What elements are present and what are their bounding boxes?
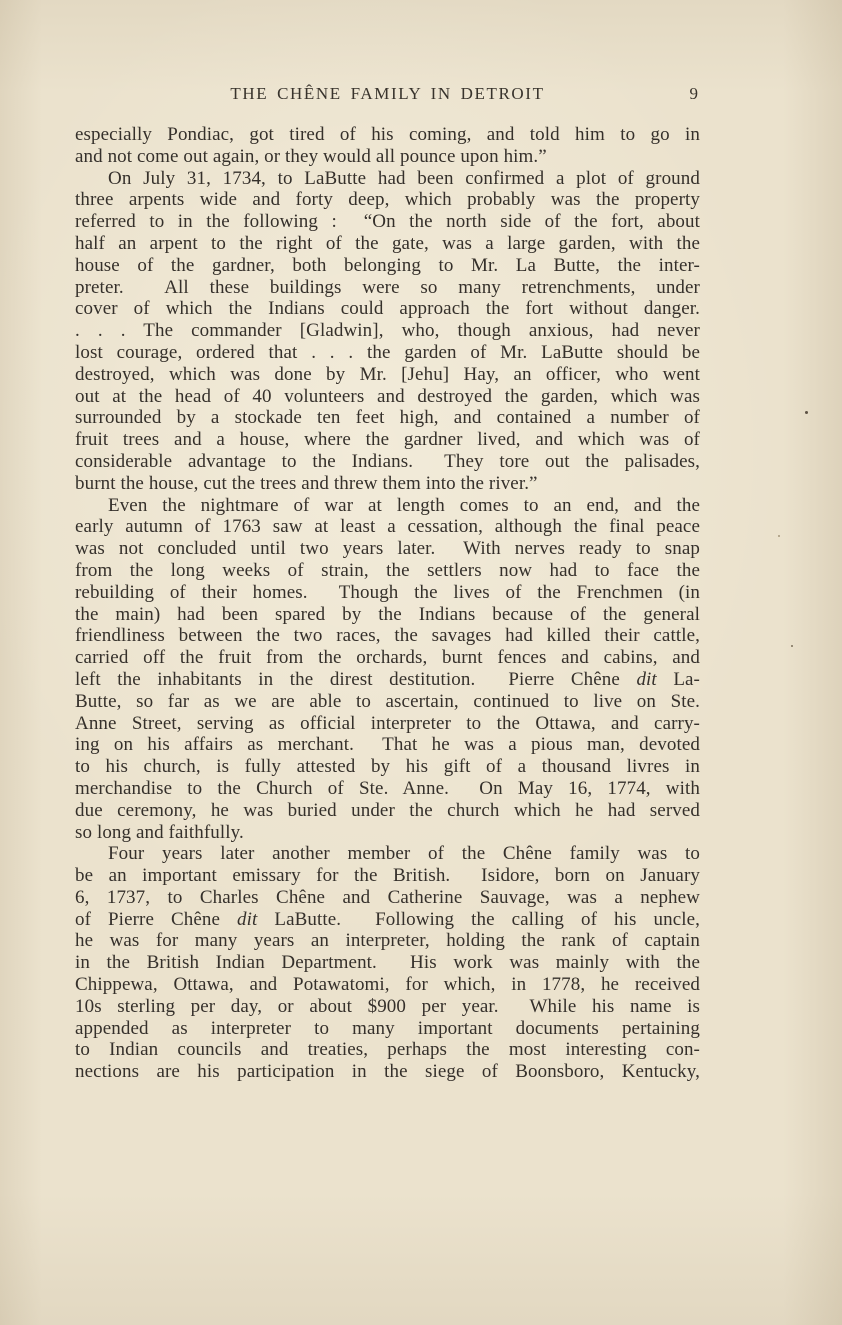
paragraph: On July 31, 1734, to LaButte had been co… <box>75 168 700 495</box>
paper-speck <box>778 535 780 537</box>
text-line: house of the gardner, both belonging to … <box>75 255 700 277</box>
text-line: destroyed, which was done by Mr. [Jehu] … <box>75 364 700 386</box>
text-line: . . . The commander [Gladwin], who, thou… <box>75 320 700 342</box>
running-header: THE CHÊNE FAMILY IN DETROIT 9 <box>75 84 700 106</box>
text-line: Chippewa, Ottawa, and Potawatomi, for wh… <box>75 974 700 996</box>
text-line: to Indian councils and treaties, perhaps… <box>75 1039 700 1061</box>
text-line: the main) had been spared by the Indians… <box>75 604 700 626</box>
scanned-page: THE CHÊNE FAMILY IN DETROIT 9 especially… <box>0 0 842 1325</box>
paragraph: Four years later another member of the C… <box>75 843 700 1083</box>
text-line: out at the head of 40 volunteers and des… <box>75 386 700 408</box>
text-line: half an arpent to the right of the gate,… <box>75 233 700 255</box>
text-line: so long and faithfully. <box>75 822 700 844</box>
text-line: three arpents wide and forty deep, which… <box>75 189 700 211</box>
text-line: 10s sterling per day, or about $900 per … <box>75 996 700 1018</box>
text-line: lost courage, ordered that . . . the gar… <box>75 342 700 364</box>
text-line: appended as interpreter to many importan… <box>75 1018 700 1040</box>
text-line: from the long weeks of strain, the settl… <box>75 560 700 582</box>
page-body: especially Pondiac, got tired of his com… <box>75 124 700 1083</box>
text-line: and not come out again, or they would al… <box>75 146 700 168</box>
text-line: rebuilding of their homes. Though the li… <box>75 582 700 604</box>
text-line: in the British Indian Department. His wo… <box>75 952 700 974</box>
text-line: especially Pondiac, got tired of his com… <box>75 124 700 146</box>
text-line: early autumn of 1763 saw at least a cess… <box>75 516 700 538</box>
text-line: fruit trees and a house, where the gardn… <box>75 429 700 451</box>
text-line: left the inhabitants in the direst desti… <box>75 669 700 691</box>
text-line: preter. All these buildings were so many… <box>75 277 700 299</box>
page-number: 9 <box>690 84 699 104</box>
text-line: Anne Street, serving as official interpr… <box>75 713 700 735</box>
text-line: was not concluded until two years later.… <box>75 538 700 560</box>
text-line: Butte, so far as we are able to ascertai… <box>75 691 700 713</box>
text-line: surrounded by a stockade ten feet high, … <box>75 407 700 429</box>
text-line: to his church, is fully attested by his … <box>75 756 700 778</box>
text-line: merchandise to the Church of Ste. Anne. … <box>75 778 700 800</box>
text-line: due ceremony, he was buried under the ch… <box>75 800 700 822</box>
text-line: burnt the house, cut the trees and threw… <box>75 473 700 495</box>
text-line: of Pierre Chêne dit LaButte. Following t… <box>75 909 700 931</box>
text-line: Even the nightmare of war at length come… <box>75 495 700 517</box>
text-line: ing on his affairs as merchant. That he … <box>75 734 700 756</box>
header-title: THE CHÊNE FAMILY IN DETROIT <box>75 84 700 104</box>
paragraph: especially Pondiac, got tired of his com… <box>75 124 700 168</box>
text-line: be an important emissary for the British… <box>75 865 700 887</box>
text-line: Four years later another member of the C… <box>75 843 700 865</box>
paper-speck <box>791 645 793 647</box>
text-line: nections are his participation in the si… <box>75 1061 700 1083</box>
text-line: referred to in the following : “On the n… <box>75 211 700 233</box>
text-line: On July 31, 1734, to LaButte had been co… <box>75 168 700 190</box>
text-line: friendliness between the two races, the … <box>75 625 700 647</box>
text-line: he was for many years an interpreter, ho… <box>75 930 700 952</box>
text-line: 6, 1737, to Charles Chêne and Catherine … <box>75 887 700 909</box>
text-line: cover of which the Indians could approac… <box>75 298 700 320</box>
paper-speck <box>805 411 808 414</box>
paragraph: Even the nightmare of war at length come… <box>75 495 700 844</box>
text-line: carried off the fruit from the orchards,… <box>75 647 700 669</box>
text-line: considerable advantage to the Indians. T… <box>75 451 700 473</box>
